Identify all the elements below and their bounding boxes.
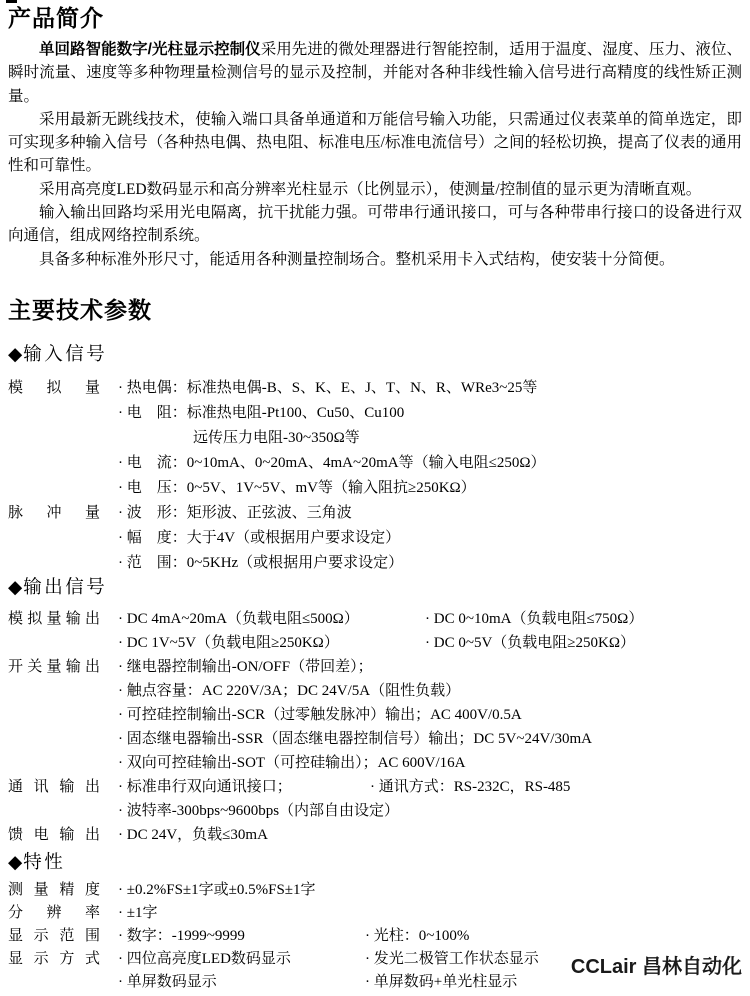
intro-paragraph: 输入输出回路均采用光电隔离，抗干扰能力强。可带串行通讯接口，可与各种带串行接口的… xyxy=(8,201,742,248)
spec-line: · 波特率-300bps~9600bps（内部自由设定） xyxy=(118,799,742,823)
spec-text: · 电 流：0~10mA、0~20mA、4mA~20mA等（输入电阻≤250Ω） xyxy=(118,451,545,476)
spec-line: · ±0.2%FS±1字或±0.5%FS±1字 xyxy=(118,879,742,902)
page-title-intro: 产品简介 xyxy=(8,5,742,32)
spec-lines: · 标准串行双向通讯接口；· 通讯方式：RS-232C，RS-485· 波特率-… xyxy=(118,775,742,823)
spec-line: 远传压力电阻-30~350Ω等 xyxy=(118,426,742,451)
spec-row: 分辨率· ±1字 xyxy=(8,902,742,925)
diamond-icon: ◆ xyxy=(8,853,22,873)
spec-line: · DC 4mA~20mA（负载电阻≤500Ω）· DC 0~10mA（负载电阻… xyxy=(118,607,742,631)
spec-label: 测量精度 xyxy=(8,879,100,902)
spec-text: · 光柱：0~100% xyxy=(365,925,742,948)
spec-line: · 范 围：0~5KHz（或根据用户要求设定） xyxy=(118,551,742,576)
spec-sections: ◆输入信号模拟量· 热电偶：标准热电偶-B、S、K、E、J、T、N、R、WRe3… xyxy=(8,345,742,994)
spec-text: · 幅 度：大于4V（或根据用户要求设定） xyxy=(118,526,400,551)
intro-paragraph: 单回路智能数字/光柱显示控制仪采用先进的微处理器进行智能控制，适用于温度、湿度、… xyxy=(8,38,742,108)
spec-section: ◆输出信号模拟量输出· DC 4mA~20mA（负载电阻≤500Ω）· DC 0… xyxy=(8,578,742,848)
spec-line: · 电 压：0~5V、1V~5V、mV等（输入阻抗≥250KΩ） xyxy=(118,476,742,501)
spec-text: · ±1字 xyxy=(118,902,157,925)
spec-lines: · 波 形：矩形波、正弦波、三角波· 幅 度：大于4V（或根据用户要求设定）· … xyxy=(118,501,742,576)
spec-text: · 范 围：0~5KHz（或根据用户要求设定） xyxy=(118,551,403,576)
spec-line: · 固态继电器输出-SSR（固态继电器控制信号）输出；DC 5V~24V/30m… xyxy=(118,727,742,751)
spec-section: ◆输入信号模拟量· 热电偶：标准热电偶-B、S、K、E、J、T、N、R、WRe3… xyxy=(8,345,742,576)
spec-text: · 继电器控制输出-ON/OFF（带回差）； xyxy=(118,655,373,679)
intro-paragraphs: 单回路智能数字/光柱显示控制仪采用先进的微处理器进行智能控制，适用于温度、湿度、… xyxy=(8,38,742,271)
spec-text: · 标准串行双向通讯接口； xyxy=(118,775,370,799)
spec-row: 显示范围· 数字：-1999~9999· 光柱：0~100% xyxy=(8,925,742,948)
spec-line: · 数字：-1999~9999· 光柱：0~100% xyxy=(118,925,742,948)
spec-line: · 标准串行双向通讯接口；· 通讯方式：RS-232C，RS-485 xyxy=(118,775,742,799)
spec-text: · 电 压：0~5V、1V~5V、mV等（输入阻抗≥250KΩ） xyxy=(118,476,476,501)
spec-text: · 单屏数码显示 xyxy=(118,971,365,994)
spec-text: · 电 阻：标准热电阻-Pt100、Cu50、Cu100 xyxy=(118,401,404,426)
spec-label: 显示方式 xyxy=(8,948,100,971)
spec-text: · 数字：-1999~9999 xyxy=(118,925,365,948)
spec-text: 远传压力电阻-30~350Ω等 xyxy=(118,426,360,451)
section-heading: ◆特性 xyxy=(8,853,742,873)
spec-label: 显示范围 xyxy=(8,925,100,948)
spec-lines: · ±1字 xyxy=(118,902,742,925)
spec-label: 通讯输出 xyxy=(8,775,100,800)
spec-line: · ±1字 xyxy=(118,902,742,925)
spec-lines: · 继电器控制输出-ON/OFF（带回差）；· 触点容量：AC 220V/3A；… xyxy=(118,655,742,775)
intro-paragraph: 具备多种标准外形尺寸，能适用各种测量控制场合。整机采用卡入式结构，使安装十分简便… xyxy=(8,248,742,271)
section-heading: ◆输出信号 xyxy=(8,578,742,598)
spec-row: 开关量输出· 继电器控制输出-ON/OFF（带回差）；· 触点容量：AC 220… xyxy=(8,655,742,775)
spec-lines: · 热电偶：标准热电偶-B、S、K、E、J、T、N、R、WRe3~25等· 电 … xyxy=(118,376,742,501)
spec-row: 通讯输出· 标准串行双向通讯接口；· 通讯方式：RS-232C，RS-485· … xyxy=(8,775,742,823)
brand-watermark: CCLair 昌林自动化 xyxy=(571,950,742,979)
spec-line: · DC 24V，负载≤30mA xyxy=(118,823,742,847)
section-heading: ◆输入信号 xyxy=(8,345,742,365)
spec-row: 测量精度· ±0.2%FS±1字或±0.5%FS±1字 xyxy=(8,879,742,902)
spec-row: 模拟量· 热电偶：标准热电偶-B、S、K、E、J、T、N、R、WRe3~25等·… xyxy=(8,376,742,501)
spec-text: · 触点容量：AC 220V/3A；DC 24V/5A（阻性负载） xyxy=(118,679,460,703)
spec-line: · 可控硅控制输出-SCR（过零触发脉冲）输出；AC 400V/0.5A xyxy=(118,703,742,727)
spec-lines: · ±0.2%FS±1字或±0.5%FS±1字 xyxy=(118,879,742,902)
spec-text: · 热电偶：标准热电偶-B、S、K、E、J、T、N、R、WRe3~25等 xyxy=(118,376,537,401)
intro-lead: 单回路智能数字/光柱显示控制仪 xyxy=(39,41,261,58)
spec-row: 脉冲量· 波 形：矩形波、正弦波、三角波· 幅 度：大于4V（或根据用户要求设定… xyxy=(8,501,742,576)
spec-line: · 波 形：矩形波、正弦波、三角波 xyxy=(118,501,742,526)
spec-text: · 固态继电器输出-SSR（固态继电器控制信号）输出；DC 5V~24V/30m… xyxy=(118,727,592,751)
spec-text: · ±0.2%FS±1字或±0.5%FS±1字 xyxy=(118,879,316,902)
spec-text: · DC 1V~5V（负载电阻≥250KΩ） xyxy=(118,631,425,655)
intro-paragraph: 采用最新无跳线技术，使输入端口具备单通道和万能信号输入功能，只需通过仪表菜单的简… xyxy=(8,108,742,178)
diamond-icon: ◆ xyxy=(8,578,22,598)
spec-lines: · 数字：-1999~9999· 光柱：0~100% xyxy=(118,925,742,948)
spec-text: · 双向可控硅输出-SOT（可控硅输出）；AC 600V/16A xyxy=(118,751,466,775)
spec-label: 模拟量 xyxy=(8,376,100,401)
spec-lines: · DC 24V，负载≤30mA xyxy=(118,823,742,847)
spec-label: 馈电输出 xyxy=(8,823,100,848)
spec-text: · 通讯方式：RS-232C，RS-485 xyxy=(370,775,742,799)
spec-row: 模拟量输出· DC 4mA~20mA（负载电阻≤500Ω）· DC 0~10mA… xyxy=(8,607,742,655)
spec-label: 开关量输出 xyxy=(8,655,100,680)
spec-line: · 继电器控制输出-ON/OFF（带回差）； xyxy=(118,655,742,679)
spec-line: · 电 阻：标准热电阻-Pt100、Cu50、Cu100 xyxy=(118,401,742,426)
spec-lines: · DC 4mA~20mA（负载电阻≤500Ω）· DC 0~10mA（负载电阻… xyxy=(118,607,742,655)
spec-text: · 波特率-300bps~9600bps（内部自由设定） xyxy=(118,799,399,823)
spec-text: · DC 24V，负载≤30mA xyxy=(118,823,268,847)
page-title-specs: 主要技术参数 xyxy=(8,297,742,324)
spec-label: 模拟量输出 xyxy=(8,607,100,632)
spec-text: · DC 0~10mA（负载电阻≤750Ω） xyxy=(425,607,742,631)
spec-text: · DC 4mA~20mA（负载电阻≤500Ω） xyxy=(118,607,425,631)
spec-row: 馈电输出· DC 24V，负载≤30mA xyxy=(8,823,742,848)
spec-line: · 双向可控硅输出-SOT（可控硅输出）；AC 600V/16A xyxy=(118,751,742,775)
spec-line: · 幅 度：大于4V（或根据用户要求设定） xyxy=(118,526,742,551)
scan-artifact xyxy=(6,0,17,3)
spec-line: · DC 1V~5V（负载电阻≥250KΩ）· DC 0~5V（负载电阻≥250… xyxy=(118,631,742,655)
spec-label: 脉冲量 xyxy=(8,501,100,526)
spec-line: · 热电偶：标准热电偶-B、S、K、E、J、T、N、R、WRe3~25等 xyxy=(118,376,742,401)
spec-line: · 电 流：0~10mA、0~20mA、4mA~20mA等（输入电阻≤250Ω） xyxy=(118,451,742,476)
spec-text: · 可控硅控制输出-SCR（过零触发脉冲）输出；AC 400V/0.5A xyxy=(118,703,522,727)
spec-text: · 四位高亮度LED数码显示 xyxy=(118,948,365,971)
spec-label: 分辨率 xyxy=(8,902,100,925)
spec-text: · 波 形：矩形波、正弦波、三角波 xyxy=(118,501,352,526)
spec-line: · 触点容量：AC 220V/3A；DC 24V/5A（阻性负载） xyxy=(118,679,742,703)
intro-paragraph: 采用高亮度LED数码显示和高分辨率光柱显示（比例显示），使测量/控制值的显示更为… xyxy=(8,178,742,201)
diamond-icon: ◆ xyxy=(8,345,22,365)
spec-text: · DC 0~5V（负载电阻≥250KΩ） xyxy=(425,631,742,655)
